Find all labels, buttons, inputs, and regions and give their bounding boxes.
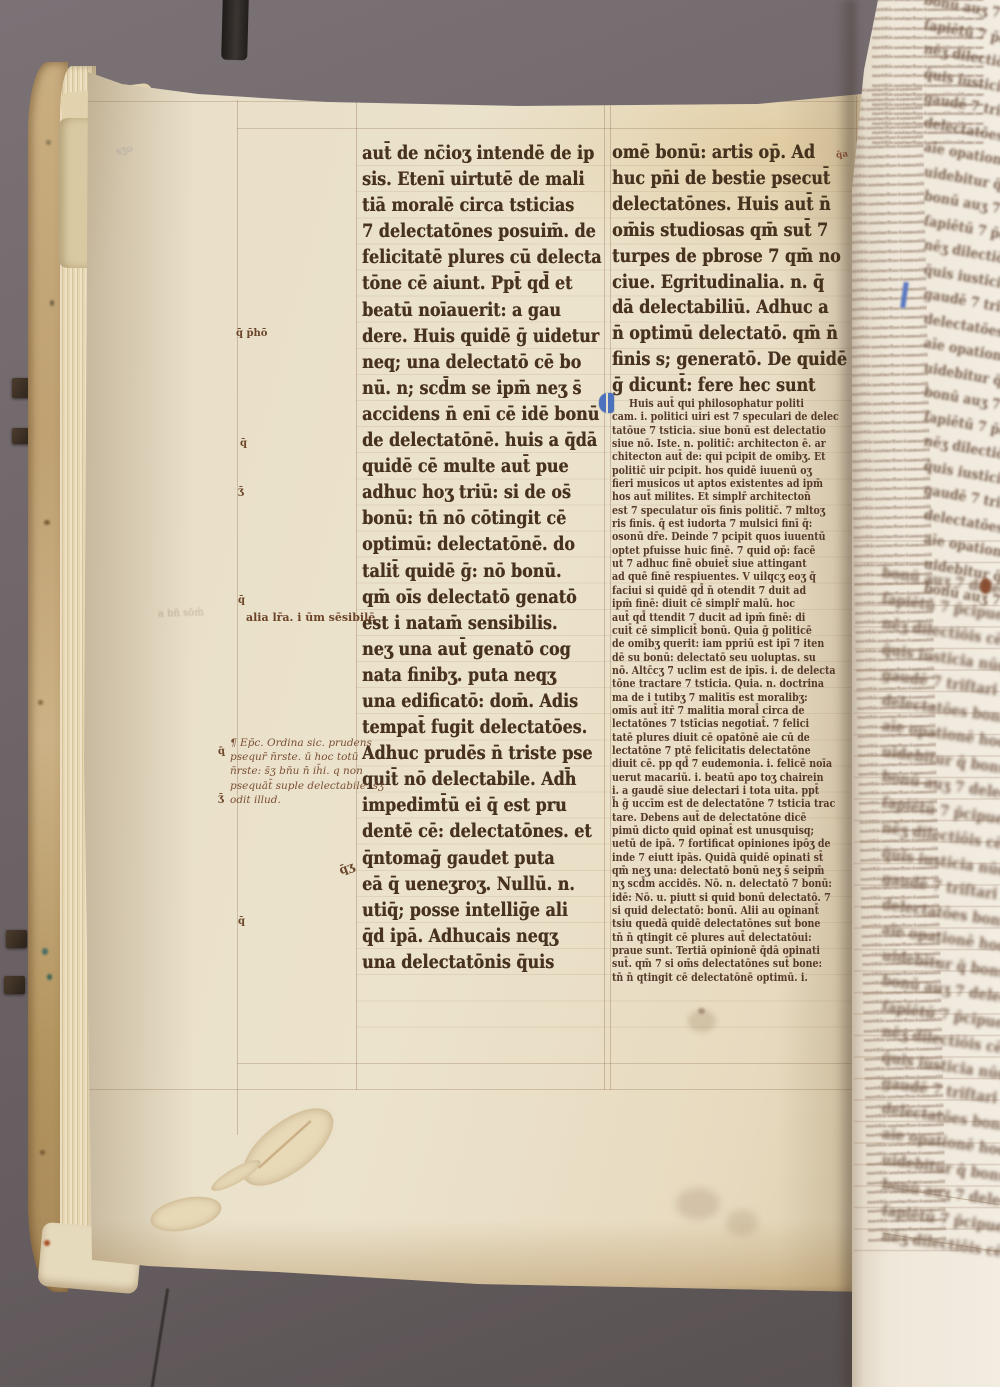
binding-speck [44,520,50,525]
text-column-left: aut̄ de nc̄ioʒ intendē de ipsis. Etenī u… [362,140,612,980]
text-line: pimū dicto quid opinat̄ est unusquisq; [612,824,829,837]
binding-speck [42,948,48,955]
text-line: tare. Debens aut̄ de delectatōne dicē [612,811,829,824]
text-line: ¶ Ep̄c. Ordina sic. prudens [230,736,400,750]
text-line: bonū: tn̄ nō cōtingit cē [362,505,572,531]
text-line: tatōue 7 tsticia. siue bonū est delectat… [612,424,829,437]
text-line: lectatōne 7 ptē felicitatis delectatōne [612,744,829,757]
text-line: uetū de ipā. 7 fortificat opiniones ipōʒ… [612,837,829,850]
margin-mark: q̄ [240,438,247,449]
text-line: accidens n̄ enī cē idē bonū [362,401,572,427]
text-line: tsiu quedā quidē delectatōnes sut̄ bone [612,917,829,930]
binding-speck [47,974,52,980]
text-line: dentē cē: delectatōnes. et [362,818,572,844]
binding-speck [50,300,54,306]
text-line: diuit cē. pp qd̄ 7 eudemonia. i. felicē … [612,757,829,770]
edge-text-large: bonū auʒ 7 delectatiōis ſcd̄mſapiētū 7 p… [924,0,1000,588]
text-line: optimū: delectatōnē. do [362,531,572,557]
stain [726,1210,758,1236]
text-line: ciue. Egritudinalia. n. q̄ [612,270,822,296]
text-line: q̄d ipā. Adhucais neqʒ [362,923,572,949]
text-line: i. a gaudē siue delectari i tota uita. p… [612,784,829,797]
text-line: qm̄ neʒ una: delectatō bonū neʒ s̄ seipm… [612,864,829,877]
text-line: delectatōnes. Huis aut̄ n̄ [612,192,822,218]
text-line: nū. n; scd̄m se ipm̄ neʒ s̄ [362,375,572,401]
text-line: tōne tractare 7 tsticia. Quia. n. doctri… [612,677,829,690]
text-line: eā q̄ ueneʒroʒ. Nullū. n. [362,871,572,897]
text-line: est 7 speculatur oīs finis politic̄. 7 m… [612,504,829,517]
text-line: dere. Huis quidē ḡ uidetur [362,323,572,349]
text-line: n̄rste: s̄ʒ bn̄u n̄ ih̄i. q non [230,764,400,778]
text-line: hos aut̄ milites. Et simplr̄ architecton… [612,490,829,503]
text-line: adhuc hoʒ triū: si de os̄ [362,479,572,505]
text-line: turpes de pbrose 7 qm̄ no [612,244,822,270]
bookmark-strap [221,0,249,60]
margin-mark: q̄ [238,595,245,606]
text-line: aut̄ qd̄ ttendit 7 ducit ad ipm̄ finē: d… [612,611,829,624]
text-line: huc pn̄i de bestie psecut̄ [612,166,822,192]
text-line: cuit̄ cē simplicit̄ bonū. Quia ḡ politic… [612,624,829,637]
stain [980,578,991,594]
text-line: idē: Nō. u. piutt si quid bonū delectatō… [612,891,829,904]
text-column-right-upper: omē bonū: artis op̄. Adhuc pn̄i de besti… [612,140,862,402]
binding-clasp [6,930,27,948]
text-line: neq; una delectatō cē bo [362,349,572,375]
binding-speck [40,1150,45,1155]
text-line: aut̄ de nc̄ioʒ intendē de ip [362,140,572,166]
text-line: si quid delectatō: bonū. Alii au opinant… [612,904,829,917]
text-line: n̄ optimū delectatō. qm̄ n̄ [612,321,822,347]
text-line: faciui si quidē qd̄ n̄ otendit 7 duit ad [612,584,829,597]
margin-ruling [237,100,238,1135]
margin-gloss: ¶ Ep̄c. Ordina sic. prudenspsequr̄ n̄rst… [230,736,400,807]
ruling-line [88,1089,860,1090]
stain [698,1008,705,1014]
text-line: ris finis. q̄ est iudorta 7 mulsici finī… [612,517,829,530]
stain [676,1188,720,1220]
text-line: de omibʒ querit: iam ppriū est ipī 7 ite… [612,637,829,650]
ruling-line [88,101,860,102]
text-column-right-commentary: Huis aut̄ qui philosophatur politicam. i… [612,397,864,989]
backdrop-seam-line [150,1288,169,1387]
text-line: ipm̄ finē: diuit cē simplr̄ malū. hoc [612,597,829,610]
text-line: nō. Altc̄cʒ 7 uclim est de ipīs. i. de d… [612,664,829,677]
text-line: inde 7 eiutt ipās. Quidā quidē opinati s… [612,851,829,864]
text-line: h̄ ḡ uccīm est de delectatōne 7 tsticia … [612,797,829,810]
text-line: una edificatō: dom̄. Adis [362,688,572,714]
text-line: una delectatōnis q̄uis [362,949,572,975]
text-line: finis s; generatō. De quidē [612,347,822,373]
binding-speck [46,140,51,145]
text-line: sut̄. qm̄ 7 si om̄s delectatōnes sut̄ bo… [612,957,829,970]
text-line: nata finibʒ. puta neqʒ [362,662,572,688]
text-line: omīs aut̄ itr̄ 7 malitia moral̄ circa de [612,704,829,717]
text-line: tatē plures diuit cē opatōnē aie cū de [612,731,829,744]
text-line: neʒ una aut̄ genatō cog [362,636,572,662]
text-line: qm̄ oīs delectatō genatō [362,584,572,610]
text-line: de delectatōnē. huis a q̄dā [362,427,572,453]
margin-mark: q̄ p̄hō [236,328,267,339]
text-line: om̄is studiosas qm̄ sut̄ 7 [612,218,822,244]
text-line: lectatōnes 7 tstīcias negotiat̄. 7 felic… [612,717,829,730]
offset-ghost-text: a bn̄ sōm̄ [158,607,204,620]
text-line: quidē cē multe aut̄ pue [362,453,572,479]
binding-clasp [4,976,25,994]
text-line: tiā moralē circa tsticias [362,192,572,218]
text-line: 7 delectatōnes posuim̄. de [362,218,572,244]
text-line: siue nō. Iste. n. politic̄: architecton … [612,437,829,450]
text-line: dā delectabiliū. Adhuc a [612,295,822,321]
text-line: utiq̄; posse intelliḡe ali [362,897,572,923]
bowed-facing-page: ıuırēſtõcaıuēmrſtıocēanmuıtẽſerıõſtamcıu… [852,0,1000,1387]
text-line: dē su bonū: delectatō seu uoluptas. su [612,651,829,664]
text-line: nʒ scd̄m accidēs. Nō. n. delectatō 7 bon… [612,877,829,890]
text-line: psequāt̄ suple delectabile. s̄ʒ [230,779,400,793]
text-line: tn̄ n̄ qtingit cē plures aut̄ delectatōu… [612,931,829,944]
text-line: chitecton aut̄ de: qui pcipit de omibʒ. … [612,450,829,463]
margin-mark: ʒ̄ [238,486,244,497]
text-line: ut 7 adhuc finē obuiet̄ siue attingant [612,557,829,570]
text-line: sis. Etenī uirtutē de mali [362,166,572,192]
text-line: ḡ dicunt̄: fere hec sunt [612,373,822,399]
margin-mark: ʒ̄ [218,793,224,804]
margin-note: alia lr̄a. i ūm sēsibilē [246,611,375,624]
text-line: felicitatē plures cū delecta [362,244,572,270]
text-line: ad quē finē respiuentes. V uilqcʒ eoʒ q̄ [612,570,829,583]
text-line: praue sunt. Tertiā opinionē q̄dā opinati [612,944,829,957]
parchment-repair [230,1094,346,1200]
text-line: osonū dr̄e. Deinde 7 pcipit quos iuuentū [612,530,829,543]
binding-speck [44,1240,50,1246]
text-line: beatū noīauerit: a gau [362,297,572,323]
text-line: tn̄ n̄ qtingit cē delectatōnē optimū. i. [612,971,829,984]
margin-mark: q̄ [238,916,245,927]
ruling-line [237,128,860,129]
text-line: omē bonū: artis op̄. Ad [612,140,822,166]
text-line: est i natam̄ sensibilis. [362,610,572,636]
text-line: optet pfuisse huic finē. 7 quid op̄: fac… [612,544,829,557]
manuscript-page: aut̄ de nc̄ioʒ intendē de ipsis. Etenī u… [58,60,872,1295]
text-line: politic̄ uir pcipit. hos quidē iuuenū oʒ [612,464,829,477]
ruling-line [237,1063,860,1064]
text-line: psequr̄ n̄rste. ū hoc totū [230,750,400,764]
text-line: tōne cē aiunt. Ppt̄ qd̄ et [362,270,572,296]
margin-mark: q̄ʒ [337,859,356,877]
gutter-shading [84,60,194,1295]
margin-mark: q̄ [217,746,225,758]
text-line: fieri musicos ut aptos existentes ad ipm… [612,477,829,490]
text-line: ma de i tutibʒ 7 malitīs est moralibʒ: [612,691,829,704]
text-line: Huis aut̄ qui philosophatur politi [629,397,831,410]
binding-speck [38,700,43,705]
text-line: uerut macariū. i. beatū apo toʒ chairein [612,771,829,784]
edge-text-large: bonū auʒ 7 delectatiōis ſcd̄mſapiētū 7 p… [882,560,1000,1260]
text-line: q̄ntomaḡ gaudet puta [362,845,572,871]
text-line: cam. i. politici uiri est 7 speculari de… [612,410,829,423]
text-line: odit illud. [230,793,400,807]
manuscript-photo: aut̄ de nc̄ioʒ intendē de ipsis. Etenī u… [0,0,1000,1387]
text-line: talit̄ quidē ḡ: nō bonū. [362,558,572,584]
